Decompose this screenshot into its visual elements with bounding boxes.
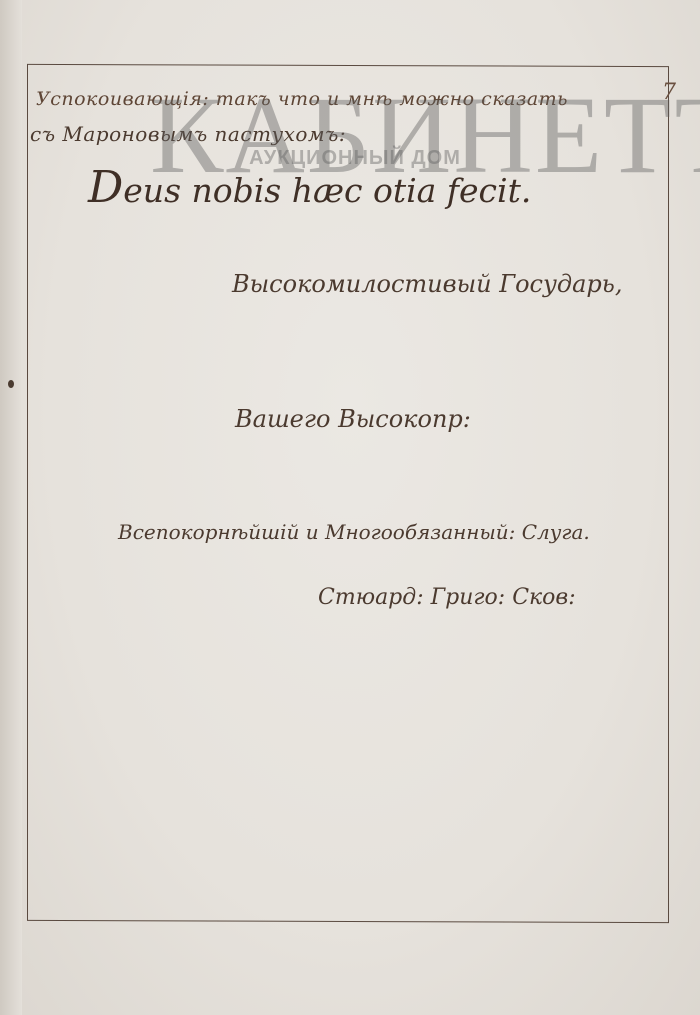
binding-hole <box>8 380 14 388</box>
latin-initial: D <box>88 162 123 213</box>
signature: Стюард: Григо: Сков: <box>318 585 576 610</box>
page-spine-shadow <box>0 0 22 1015</box>
manuscript-page: Успокоивающія: такъ что и мнѣ можно сказ… <box>0 0 700 1015</box>
closing-address: Вашего Высокопр: <box>235 405 471 433</box>
text-line-1: Успокоивающія: такъ что и мнѣ можно сказ… <box>36 88 568 110</box>
latin-text: eus nobis hæc otia fecit. <box>123 171 531 210</box>
text-line-2: съ Мароновымъ пастухомъ: <box>30 122 346 146</box>
closing-servant: Всепокорнѣйшій и Многообязанный: Слуга. <box>118 520 590 544</box>
salutation: Высокомилостивый Государь, <box>232 270 622 298</box>
margin-mark: 7 <box>662 80 676 105</box>
latin-quotation: Deus nobis hæc otia fecit. <box>88 162 531 213</box>
